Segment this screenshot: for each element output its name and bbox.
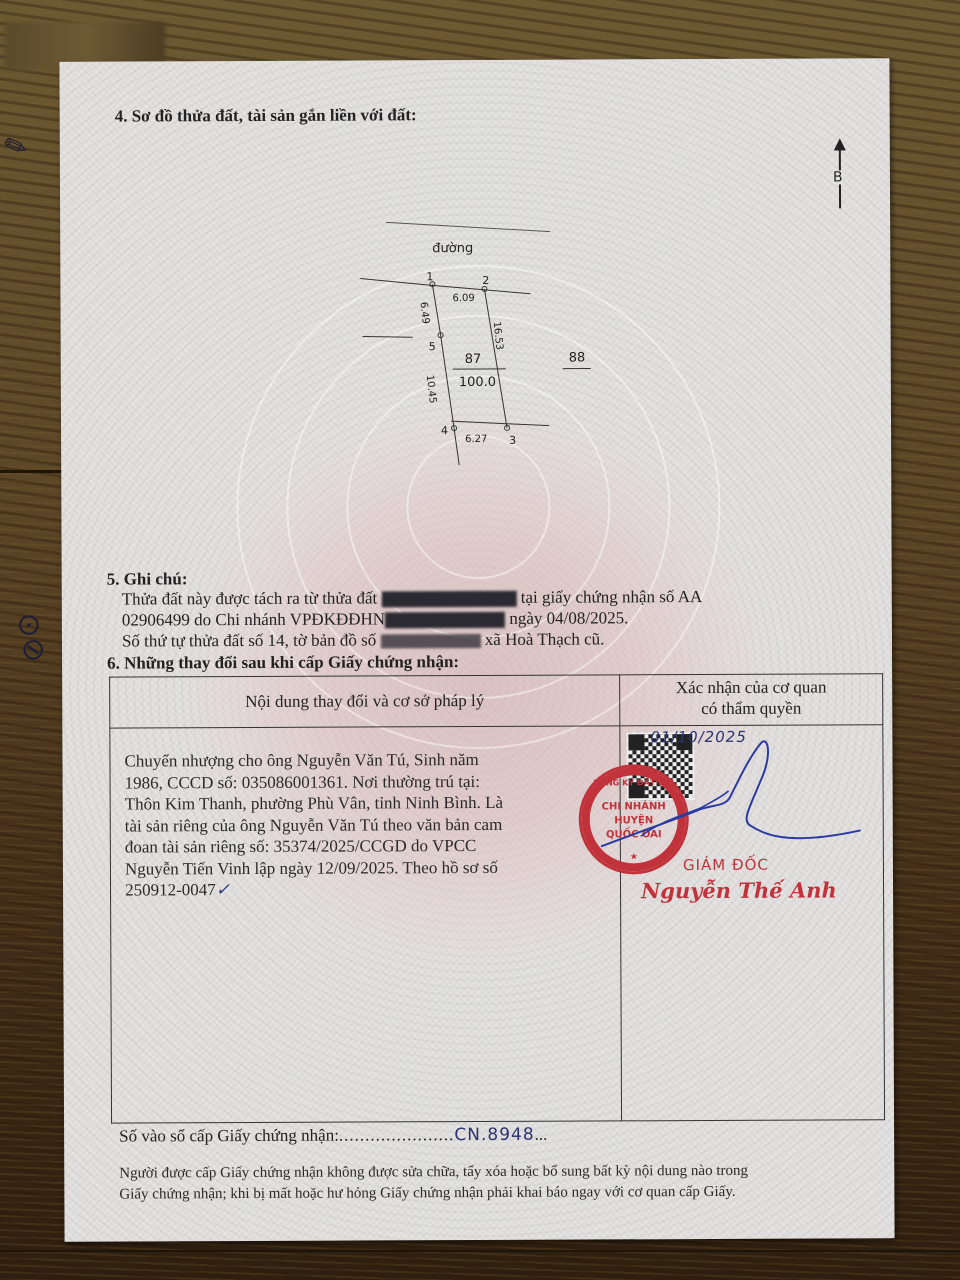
svg-text:3: 3 — [509, 434, 516, 447]
section-6-heading: 6. Những thay đổi sau khi cấp Giấy chứng… — [107, 652, 459, 674]
edge-4-5: 10.45 — [424, 374, 438, 404]
note-line-2: 02906499 do Chi nhánh VPĐKĐĐHN ngày 04/0… — [122, 607, 629, 630]
svg-text:2: 2 — [482, 274, 489, 287]
wood-plank-gap — [0, 470, 70, 473]
neighbor-parcel-number: 88 — [569, 351, 586, 366]
signer-name: Nguyễn Thế Anh — [641, 877, 837, 903]
pen-scribble: ⊙⊘ — [10, 610, 53, 666]
table-row: Chuyển nhượng cho ông Nguyễn Văn Tú, Sin… — [110, 725, 885, 1123]
edge-1-2: 6.09 — [452, 293, 474, 304]
registration-number: CN.8948 — [454, 1125, 534, 1145]
edge-5-1: 6.49 — [417, 301, 430, 324]
confirm-column-header: Xác nhận của cơ quan có thẩm quyền — [620, 674, 883, 726]
registration-number-line: Số vào sổ cấp Giấy chứng nhận:..........… — [119, 1125, 547, 1147]
parcel-area: 100.0 — [459, 375, 496, 390]
content-column-header: Nội dung thay đổi và cơ sở pháp lý — [110, 675, 620, 728]
note-line-3: Số thứ tự thửa đất số 14, tờ bản đồ số x… — [122, 628, 605, 651]
north-arrow: B — [830, 138, 850, 210]
north-label: B — [833, 170, 843, 184]
road-label: đường — [432, 241, 473, 256]
footer-warning: Người được cấp Giấy chứng nhận không đượ… — [119, 1160, 859, 1205]
section-4-heading: 4. Sơ đồ thửa đất, tài sản gắn liền với … — [115, 105, 417, 126]
edge-3-4: 6.27 — [465, 434, 487, 445]
parcel-number: 87 — [465, 352, 482, 367]
svg-text:1: 1 — [426, 270, 433, 283]
svg-text:4: 4 — [441, 424, 448, 437]
change-content: Chuyển nhượng cho ông Nguyễn Văn Tú, Sin… — [110, 726, 622, 1123]
section-5-heading: 5. Ghi chú: — [107, 569, 188, 589]
note-line-1: Thửa đất này được tách ra từ thửa đất tạ… — [122, 586, 703, 610]
parcel-diagram: đường 1 2 3 4 5 6.09 6.49 16.53 10 — [340, 209, 661, 490]
changes-table: Nội dung thay đổi và cơ sở pháp lý Xác n… — [109, 673, 885, 1123]
redacted-text — [385, 612, 505, 629]
land-certificate-page: 4. Sơ đồ thửa đất, tài sản gắn liền với … — [59, 58, 894, 1242]
wood-plank-gap — [0, 1250, 960, 1252]
redacted-text — [381, 591, 516, 608]
pen-scribble: ✎ — [0, 127, 32, 166]
redacted-text — [381, 634, 481, 648]
signer-title: GIÁM ĐỐC — [683, 856, 769, 874]
svg-text:5: 5 — [429, 340, 436, 353]
checkmark-icon: ✓ — [216, 880, 230, 899]
authority-confirmation: 01/10/2025 ĐĂNG KÝ ĐẤT ĐAI CHI NHÁNH HUY… — [620, 725, 885, 1121]
edge-2-3: 16.53 — [491, 321, 505, 351]
